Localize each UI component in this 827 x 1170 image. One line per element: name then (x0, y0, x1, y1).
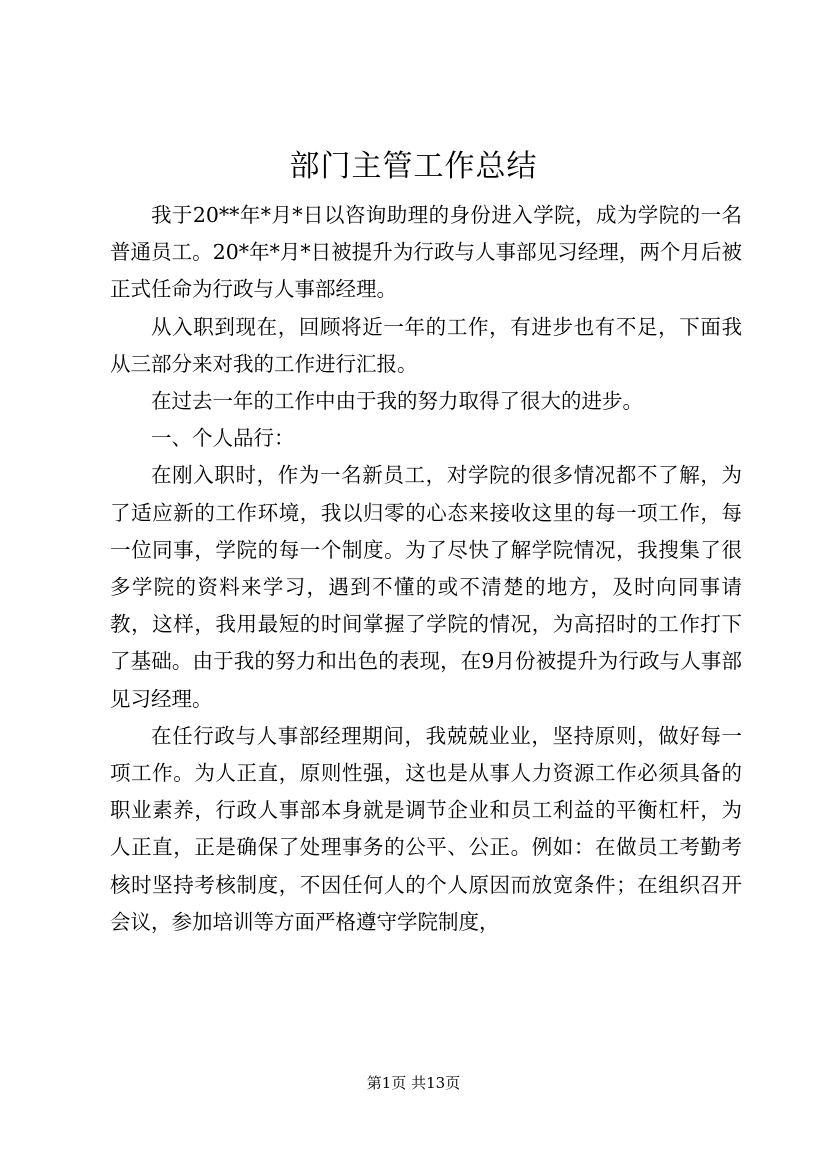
paragraph-intro: 我于20**年*月*日以咨询助理的身份进入学院，成为学院的一名普通员工。20*年… (110, 197, 742, 309)
document-body: 我于20**年*月*日以咨询助理的身份进入学院，成为学院的一名普通员工。20*年… (110, 197, 742, 941)
paragraph-manager-period: 在任行政与人事部经理期间，我兢兢业业，坚持原则，做好每一项工作。为人正直，原则性… (110, 718, 742, 941)
section-heading-personal-conduct: 一、个人品行： (110, 420, 742, 457)
document-page: 部门主管工作总结 我于20**年*月*日以咨询助理的身份进入学院，成为学院的一名… (0, 0, 827, 1170)
paragraph-overview: 从入职到现在，回顾将近一年的工作，有进步也有不足，下面我从三部分来对我的工作进行… (110, 309, 742, 383)
paragraph-onboarding: 在刚入职时，作为一名新员工，对学院的很多情况都不了解，为了适应新的工作环境，我以… (110, 457, 742, 717)
page-number-footer: 第1页 共13页 (0, 1073, 827, 1093)
document-title: 部门主管工作总结 (0, 145, 827, 189)
paragraph-progress: 在过去一年的工作中由于我的努力取得了很大的进步。 (110, 383, 742, 420)
